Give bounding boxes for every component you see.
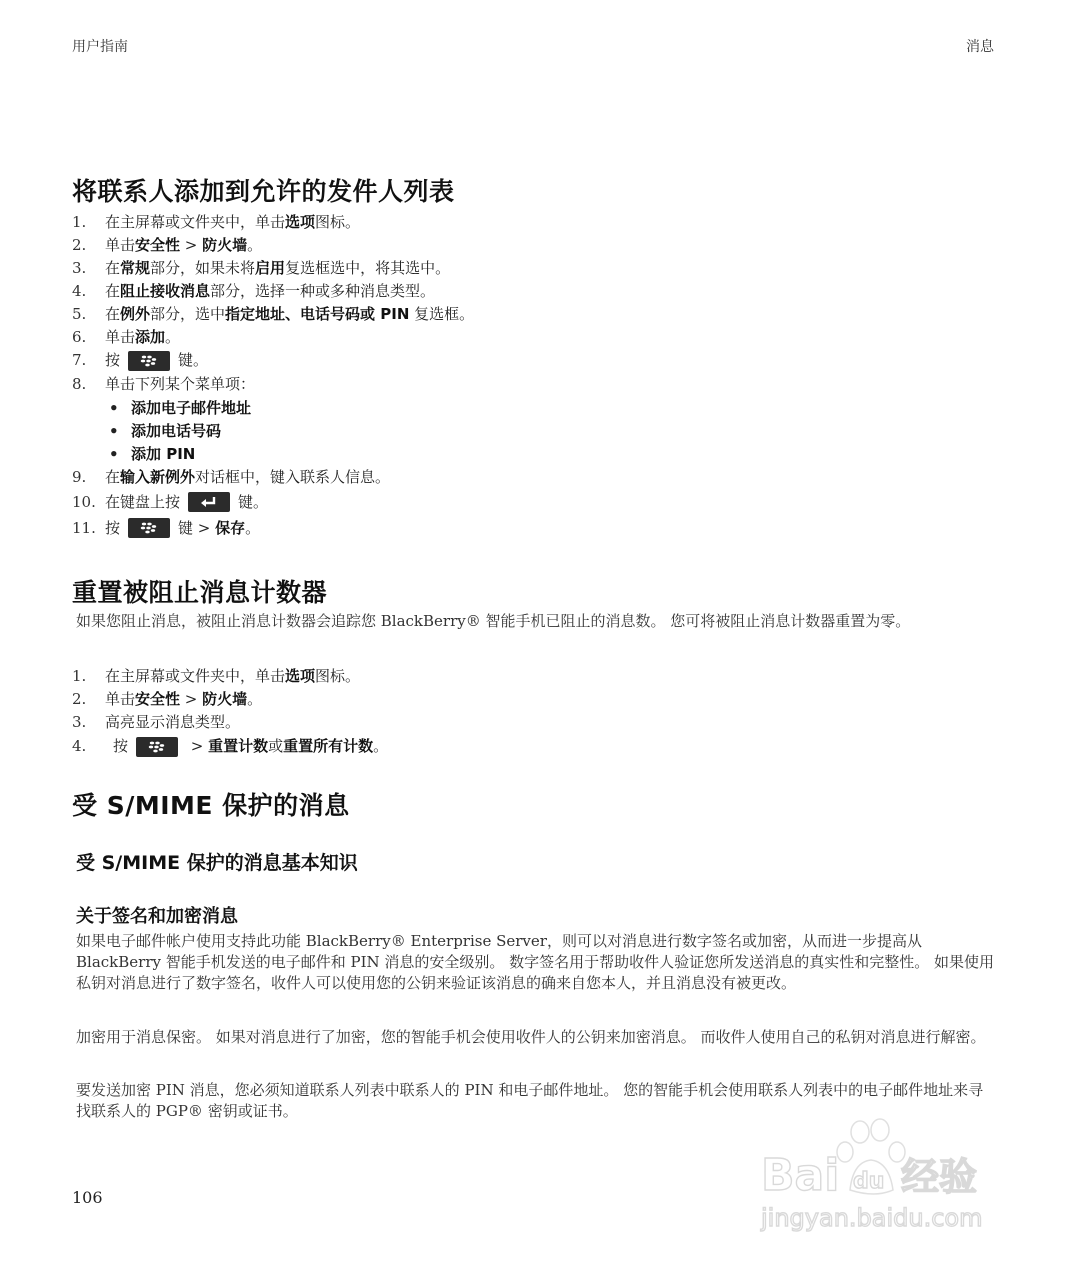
step-text: 按 xyxy=(105,349,120,372)
step-text: 在主屏幕或文件夹中，单击 xyxy=(105,211,285,234)
section-title-smime: 受 S/MIME 保护的消息 xyxy=(72,786,350,822)
submenu-item: •添加电话号码 xyxy=(72,420,474,443)
steps-list-allowed-senders: 1. 在主屏幕或文件夹中，单击选项图标。 2. 单击安全性 > 防火墙。 3. … xyxy=(72,211,474,541)
step-text: 按 xyxy=(105,517,120,540)
svg-text:Bai: Bai xyxy=(761,1150,839,1201)
step: 11. 按 键 > 保存。 xyxy=(72,515,474,541)
step: 1. 在主屏幕或文件夹中，单击选项图标。 xyxy=(72,665,388,688)
ui-term: 启用 xyxy=(255,257,285,280)
svg-text:du: du xyxy=(853,1169,884,1194)
bullet: • xyxy=(109,420,131,443)
step-text: 键 > xyxy=(178,517,215,540)
step-number: 4. xyxy=(72,280,105,303)
ui-term: 常规 xyxy=(120,257,150,280)
page-number: 106 xyxy=(72,1188,103,1207)
step-text: 。 xyxy=(373,735,388,758)
section-title-allowed-senders: 将联系人添加到允许的发件人列表 xyxy=(72,172,455,208)
step-text: 键。 xyxy=(178,349,208,372)
step: 4. 在阻止接收消息部分，选择一种或多种消息类型。 xyxy=(72,280,474,303)
step-text: 单击 xyxy=(105,688,135,711)
ui-term: 指定地址、电话号码或 PIN xyxy=(225,303,409,326)
step-text: 对话框中，键入联系人信息。 xyxy=(195,466,390,489)
step-text: 在 xyxy=(105,257,120,280)
bullet: • xyxy=(109,397,131,420)
step-text: 或 xyxy=(268,735,283,758)
step-text: 部分，选中 xyxy=(150,303,225,326)
subsection-title-smime-basics: 受 S/MIME 保护的消息基本知识 xyxy=(76,848,358,875)
step: 3. 在常规部分，如果未将启用复选框选中，将其选中。 xyxy=(72,257,474,280)
step: 6. 单击添加。 xyxy=(72,326,474,349)
separator: > xyxy=(180,688,202,711)
blackberry-menu-key-icon xyxy=(128,351,170,371)
paragraph-pin-encryption: 要发送加密 PIN 消息，您必须知道联系人列表中联系人的 PIN 和电子邮件地址… xyxy=(76,1080,996,1122)
step-number: 8. xyxy=(72,373,105,396)
svg-text:jingyan.baidu.com: jingyan.baidu.com xyxy=(760,1204,982,1232)
step: 2. 单击安全性 > 防火墙。 xyxy=(72,234,474,257)
step-number: 1. xyxy=(72,665,105,688)
step-number: 4. xyxy=(72,735,105,758)
step-number: 2. xyxy=(72,234,105,257)
ui-term: 添加 xyxy=(135,326,165,349)
step-text: 图标。 xyxy=(315,211,360,234)
step: 3. 高亮显示消息类型。 xyxy=(72,711,388,734)
step: 1. 在主屏幕或文件夹中，单击选项图标。 xyxy=(72,211,474,234)
separator: > xyxy=(186,735,208,758)
blackberry-menu-key-icon xyxy=(128,518,170,538)
submenu-item: •添加 PIN xyxy=(72,443,474,466)
step: 7. 按 键。 xyxy=(72,349,474,372)
step: 8. 单击下列某个菜单项： xyxy=(72,372,474,397)
step-number: 3. xyxy=(72,257,105,280)
ui-term: 防火墙 xyxy=(202,234,247,257)
ui-term: 选项 xyxy=(285,665,315,688)
step-number: 10. xyxy=(72,491,105,514)
step-text: 图标。 xyxy=(315,665,360,688)
ui-term: 阻止接收消息 xyxy=(120,280,210,303)
menu-item-label: 添加电子邮件地址 xyxy=(131,397,251,420)
topic-title-signed-encrypted: 关于签名和加密消息 xyxy=(76,902,238,928)
separator: > xyxy=(180,234,202,257)
step-number: 11. xyxy=(72,517,105,540)
step-text: 复选框选中，将其选中。 xyxy=(285,257,450,280)
ui-term: 输入新例外 xyxy=(120,466,195,489)
step-text: 单击下列某个菜单项： xyxy=(105,373,255,396)
step-number: 2. xyxy=(72,688,105,711)
step: 4. 按 > 重置计数或重置所有计数。 xyxy=(72,734,388,759)
step-number: 9. xyxy=(72,466,105,489)
ui-term: 选项 xyxy=(285,211,315,234)
step-text: 高亮显示消息类型。 xyxy=(105,711,240,734)
step-text: 单击 xyxy=(105,234,135,257)
enter-key-icon xyxy=(188,492,230,512)
step-number: 3. xyxy=(72,711,105,734)
submenu-item: •添加电子邮件地址 xyxy=(72,397,474,420)
section-title-reset-counter: 重置被阻止消息计数器 xyxy=(72,573,327,609)
step-number: 7. xyxy=(72,349,105,372)
svg-text:经验: 经验 xyxy=(901,1155,977,1199)
ui-term: 重置计数 xyxy=(208,735,268,758)
menu-item-label: 添加 PIN xyxy=(131,443,195,466)
step-text: 。 xyxy=(245,517,260,540)
ui-term: 安全性 xyxy=(135,688,180,711)
paragraph-encryption: 加密用于消息保密。 如果对消息进行了加密，您的智能手机会使用收件人的公钥来加密消… xyxy=(76,1027,996,1048)
ui-term: 重置所有计数 xyxy=(283,735,373,758)
step-text: 部分，如果未将 xyxy=(150,257,255,280)
baidu-paw-logo-icon: Bai du 经验 jingyan.baidu.com xyxy=(755,1118,1000,1238)
ui-term: 安全性 xyxy=(135,234,180,257)
step-number: 1. xyxy=(72,211,105,234)
step-text: 在键盘上按 xyxy=(105,491,180,514)
step-text: 单击 xyxy=(105,326,135,349)
steps-list-reset-counter: 1. 在主屏幕或文件夹中，单击选项图标。 2. 单击安全性 > 防火墙。 3. … xyxy=(72,665,388,759)
blackberry-menu-key-icon xyxy=(136,737,178,757)
baidu-jingyan-watermark: Bai du 经验 jingyan.baidu.com xyxy=(755,1118,1000,1238)
running-header-chapter: 消息 xyxy=(966,36,994,56)
step-text: 在 xyxy=(105,280,120,303)
step: 2. 单击安全性 > 防火墙。 xyxy=(72,688,388,711)
running-header-title: 用户指南 xyxy=(72,36,128,56)
ui-term: 保存 xyxy=(215,517,245,540)
step-text: 。 xyxy=(247,688,262,711)
step: 5. 在例外部分，选中指定地址、电话号码或 PIN 复选框。 xyxy=(72,303,474,326)
step-text: 复选框。 xyxy=(409,303,474,326)
step: 10. 在键盘上按 键。 xyxy=(72,489,474,515)
step-text: 部分，选择一种或多种消息类型。 xyxy=(210,280,435,303)
step-text: 在主屏幕或文件夹中，单击 xyxy=(105,665,285,688)
step-text: 按 xyxy=(113,735,128,758)
step-number: 6. xyxy=(72,326,105,349)
step: 9. 在输入新例外对话框中，键入联系人信息。 xyxy=(72,466,474,489)
ui-term: 例外 xyxy=(120,303,150,326)
bullet: • xyxy=(109,443,131,466)
section-intro-paragraph: 如果您阻止消息，被阻止消息计数器会追踪您 BlackBerry® 智能手机已阻止… xyxy=(76,611,996,632)
paragraph-signing: 如果电子邮件帐户使用支持此功能 BlackBerry® Enterprise S… xyxy=(76,931,996,994)
step-text: 在 xyxy=(105,466,120,489)
step-number: 5. xyxy=(72,303,105,326)
ui-term: 防火墙 xyxy=(202,688,247,711)
step-text: 键。 xyxy=(238,491,268,514)
step-text: 。 xyxy=(165,326,180,349)
step-text: 。 xyxy=(247,234,262,257)
menu-item-label: 添加电话号码 xyxy=(131,420,221,443)
step-text: 在 xyxy=(105,303,120,326)
